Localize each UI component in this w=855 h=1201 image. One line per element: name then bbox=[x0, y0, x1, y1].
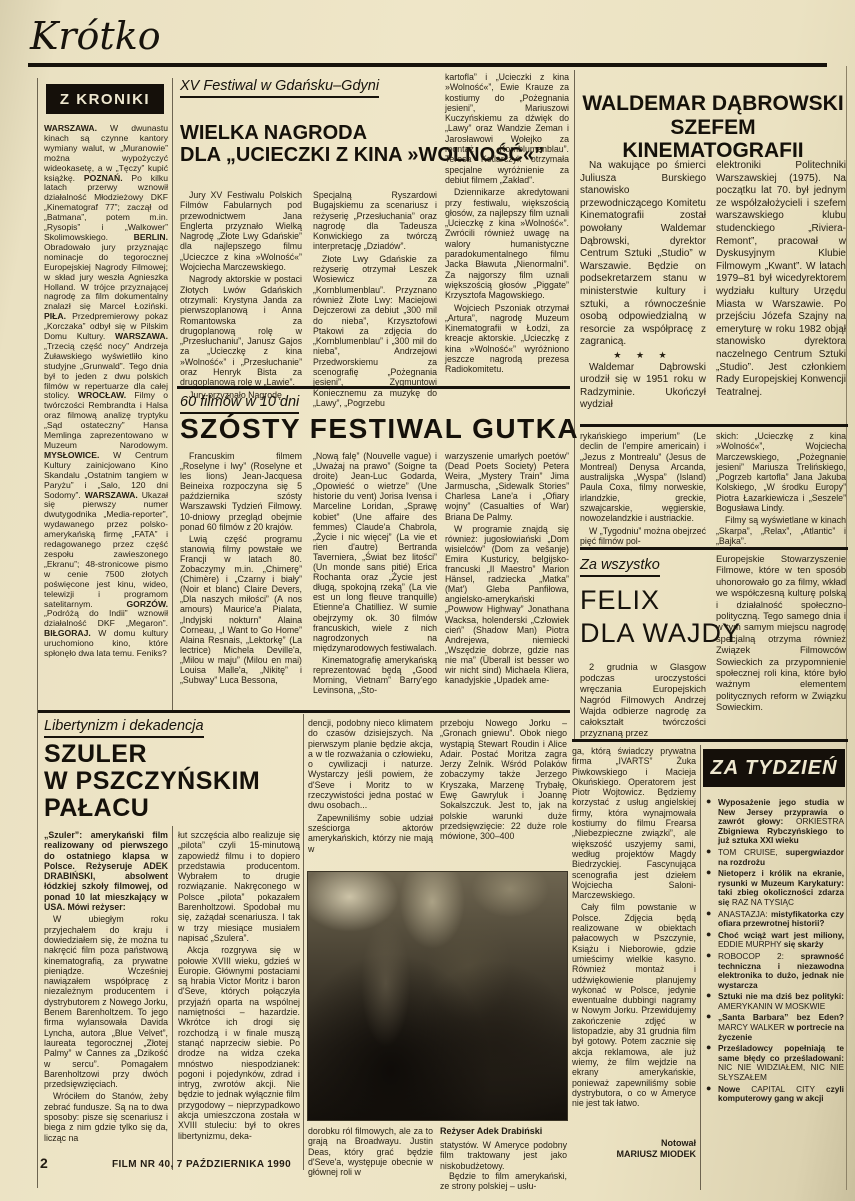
gutka-headline: SZÓSTY FESTIWAL GUTKA bbox=[180, 413, 579, 444]
column-rule bbox=[574, 70, 575, 739]
bullet-icon: ● bbox=[706, 951, 711, 961]
szuler-headline: SZULER W PSZCZYŃSKIM PAŁACU bbox=[44, 741, 260, 822]
paragraph: Dziennikarze akredytowani przy festiwalu… bbox=[445, 187, 569, 300]
paragraph: Waldemar Dąbrowski urodził się w 1951 ro… bbox=[580, 362, 706, 412]
footer-issue-line: FILM NR 40, 7 PAŹDZIERNIKA 1990 bbox=[112, 1159, 291, 1170]
paragraph: Na wakujące po śmierci Juliusza Burskieg… bbox=[580, 160, 706, 349]
list-item: ●Choć wciąż wart jest miliony, EDDIE MUR… bbox=[706, 931, 844, 950]
bullet-icon: ● bbox=[706, 909, 711, 919]
stars-separator: ★ ★ ★ bbox=[580, 349, 706, 362]
film-still-photo bbox=[308, 872, 567, 1120]
list-item-text: TOM CRUISE, supergwiazdor na rozdrożu bbox=[718, 847, 844, 867]
kronika-text: WARSZAWA. W dwunastu kinach są czynne ka… bbox=[44, 124, 168, 659]
column-rule bbox=[172, 826, 173, 1170]
paragraph: Wróciłem do Stanów, żeby zebrać fundusze… bbox=[44, 1091, 168, 1142]
list-item-text: ROBOCOP 2: sprawność techniczna i niezaw… bbox=[718, 951, 844, 990]
bullet-icon: ● bbox=[706, 991, 711, 1001]
festiwal-col1: Jury XV Festiwalu Polskich Filmów Fabula… bbox=[180, 190, 302, 400]
masthead-rule bbox=[28, 63, 827, 67]
column-rule bbox=[172, 78, 173, 710]
list-item-text: Wyposażenie jego studia w New Jersey prz… bbox=[718, 797, 844, 845]
paragraph: Francuskim filmem „Roselyne i lwy” (Rose… bbox=[180, 451, 302, 532]
page-edge-line bbox=[846, 66, 847, 1190]
bullet-icon: ● bbox=[706, 1012, 711, 1022]
column-rule bbox=[700, 745, 701, 1190]
list-item: ●„Santa Barbara” bez Eden? MARCY WALKER … bbox=[706, 1013, 844, 1042]
gutka-kicker: 60 filmów w 10 dni bbox=[180, 394, 299, 414]
szuler-col3: dencji, podobny nieco klimatem do czasów… bbox=[308, 718, 433, 854]
paragraph: W ubiegłym roku przyjechałem do kraju i … bbox=[44, 914, 168, 1089]
dabrowski-col2: elektroniki Politechniki Warszawskiej (1… bbox=[716, 160, 846, 399]
szuler-col4-below: statystów. W Ameryce podobny film trakto… bbox=[440, 1140, 567, 1191]
paragraph: elektroniki Politechniki Warszawskiej (1… bbox=[716, 160, 846, 399]
gutka-col3: warzyszenie umarłych poetów” (Dead Poets… bbox=[445, 451, 569, 685]
paragraph: łut szczęścia albo realizuje się „pilota… bbox=[178, 830, 300, 943]
szuler-kicker: Libertynizm i dekadencja bbox=[44, 718, 204, 738]
szuler-col4: przeboju Nowego Jorku – „Gronach gniewu”… bbox=[440, 718, 567, 842]
list-item: ●ROBOCOP 2: sprawność techniczna i nieza… bbox=[706, 952, 844, 990]
bullet-icon: ● bbox=[706, 1084, 711, 1094]
photo-caption: Reżyser Adek Drabiński bbox=[440, 1126, 567, 1136]
festiwal-kicker: XV Festiwal w Gdańsku–Gdyni bbox=[180, 78, 379, 98]
paragraph: W „Tygodniu” można obejrzeć pięć filmów … bbox=[580, 526, 706, 547]
list-item: ●Nietoperz i królik na ekranie, rysunki … bbox=[706, 869, 844, 907]
column-rule bbox=[303, 714, 304, 1170]
dabrowski-col1: Na wakujące po śmierci Juliusza Burskieg… bbox=[580, 160, 706, 412]
szuler-headline-line3: PAŁACU bbox=[44, 795, 260, 822]
section-rule bbox=[177, 386, 570, 389]
section-rule bbox=[580, 547, 848, 550]
bullet-icon: ● bbox=[706, 930, 711, 940]
dabrowski-headline-line2: SZEFEM KINEMATOGRAFII bbox=[578, 116, 848, 163]
felix-col1: 2 grudnia w Glasgow podczas uroczystości… bbox=[580, 662, 706, 739]
szuler-col3-below: dorobku ról filmowych, ale za to grają n… bbox=[308, 1126, 433, 1177]
paragraph: warzyszenie umarłych poetów” (Dead Poets… bbox=[445, 451, 569, 522]
magazine-page: Krótko Z KRONIKI WARSZAWA. W dwunastu ki… bbox=[0, 0, 855, 1201]
paragraph: 2 grudnia w Glasgow podczas uroczystości… bbox=[580, 662, 706, 739]
paragraph: Akcja rozgrywa się w połowie XVIII wieku… bbox=[178, 945, 300, 1141]
szuler-intro: „Szuler”: amerykański film realizowany o… bbox=[44, 830, 168, 912]
festiwal-col2: Specjalną Ryszardowi Bugajskiemu za scen… bbox=[313, 190, 437, 408]
gutka-col4: rykańskiego imperium” (Le declin de l'em… bbox=[580, 431, 706, 546]
szuler-headline-line2: W PSZCZYŃSKIM bbox=[44, 768, 260, 795]
list-item-text: Prześladowcy popełniają te same błędy co… bbox=[718, 1043, 844, 1082]
bullet-icon: ● bbox=[706, 797, 711, 807]
szuler-col2: łut szczęścia albo realizuje się „pilota… bbox=[178, 830, 300, 1141]
paragraph: Specjalną Ryszardowi Bugajskiemu za scen… bbox=[313, 190, 437, 252]
list-item-text: Sztuki nie ma dziś bez polityki: AMERYKA… bbox=[718, 991, 844, 1011]
paragraph: statystów. W Ameryce podobny film trakto… bbox=[440, 1140, 567, 1171]
szuler-col1: „Szuler”: amerykański film realizowany o… bbox=[44, 830, 168, 1143]
felix-col2: Europejskie Stowarzyszenie Filmowe, któr… bbox=[716, 554, 846, 714]
paragraph: dorobku ról filmowych, ale za to grają n… bbox=[308, 1126, 433, 1177]
paragraph: dencji, podobny nieco klimatem do czasów… bbox=[308, 718, 433, 811]
dabrowski-headline-line1: WALDEMAR DĄBROWSKI bbox=[578, 92, 848, 116]
list-item: ●Wyposażenie jego studia w New Jersey pr… bbox=[706, 798, 844, 846]
paragraph: skich: „Ucieczkę z kina »Wolność«”, Wojc… bbox=[716, 431, 846, 513]
list-item: ●TOM CRUISE, supergwiazdor na rozdrożu bbox=[706, 848, 844, 867]
list-item: ●ANASTAZJA: mistyfikatorka czy ofiara pr… bbox=[706, 910, 844, 929]
page-title: Krótko bbox=[30, 14, 161, 58]
felix-kicker: Za wszystko bbox=[580, 557, 660, 577]
list-item-text: „Santa Barbara” bez Eden? MARCY WALKER w… bbox=[718, 1012, 844, 1041]
paragraph: Kinematografię amerykańską reprezentować… bbox=[313, 655, 437, 695]
bullet-icon: ● bbox=[706, 847, 711, 857]
gutka-col2: „Nową falę” (Nouvelle vague) i „Uważaj n… bbox=[313, 451, 437, 695]
paragraph: Europejskie Stowarzyszenie Filmowe, któr… bbox=[716, 554, 846, 714]
paragraph: Filmy są wyświetlane w kinach „Skarpa”, … bbox=[716, 515, 846, 546]
list-item: ●Nowe CAPITAL CITY czyli komputerowy gan… bbox=[706, 1085, 844, 1104]
paragraph: ga, którą świadczy prywatna firma „IVART… bbox=[572, 746, 696, 900]
paragraph: rykańskiego imperium” (Le declin de l'em… bbox=[580, 431, 706, 524]
section-rule bbox=[572, 739, 848, 742]
za-tydzien-section-header: ZA TYDZIEŃ bbox=[703, 749, 845, 787]
paragraph: Lwią część programu stanowią filmy powst… bbox=[180, 534, 302, 685]
festiwal-col3: kartofla” i „Ucieczki z kina »Wolność«”,… bbox=[445, 72, 569, 375]
list-item: ●Sztuki nie ma dziś bez polityki: AMERYK… bbox=[706, 992, 844, 1011]
szuler-byline: Notował MARIUSZ MIODEK bbox=[572, 1138, 696, 1160]
section-rule bbox=[580, 424, 848, 427]
kronika-section-header: Z KRONIKI bbox=[46, 84, 164, 114]
list-item-text: Nietoperz i królik na ekranie, rysunki w… bbox=[718, 868, 844, 907]
byline-name: MARIUSZ MIODEK bbox=[572, 1149, 696, 1160]
bullet-icon: ● bbox=[706, 868, 711, 878]
list-item: ●Prześladowcy popełniają te same błędy c… bbox=[706, 1044, 844, 1082]
paragraph: Nagrody aktorskie w postaci Złotych Lwów… bbox=[180, 274, 302, 387]
paragraph: Jury XV Festiwalu Polskich Filmów Fabula… bbox=[180, 190, 302, 272]
paragraph: Będzie to film amerykański, ze strony po… bbox=[440, 1171, 567, 1192]
szuler-col5: ga, którą świadczy prywatna firma „IVART… bbox=[572, 746, 696, 1108]
paragraph: „Nową falę” (Nouvelle vague) i „Uważaj n… bbox=[313, 451, 437, 653]
byline-label: Notował bbox=[572, 1138, 696, 1149]
szuler-headline-line1: SZULER bbox=[44, 741, 260, 768]
paragraph: kartofla” i „Ucieczki z kina »Wolność«”,… bbox=[445, 72, 569, 185]
paragraph: Zapewniliśmy sobie udział sześciorga akt… bbox=[308, 813, 433, 854]
paragraph: przeboju Nowego Jorku – „Gronach gniewu”… bbox=[440, 718, 567, 842]
list-item-text: ANASTAZJA: mistyfikatorka czy ofiara prz… bbox=[718, 909, 844, 929]
za-tydzien-list: ●Wyposażenie jego studia w New Jersey pr… bbox=[706, 798, 844, 1106]
gutka-col1: Francuskim filmem „Roselyne i lwy” (Rose… bbox=[180, 451, 302, 685]
list-item-text: Choć wciąż wart jest miliony, EDDIE MURP… bbox=[718, 930, 844, 950]
page-number: 2 bbox=[40, 1155, 48, 1171]
section-rule bbox=[38, 710, 570, 713]
dabrowski-headline: WALDEMAR DĄBROWSKI SZEFEM KINEMATOGRAFII bbox=[578, 92, 848, 163]
paragraph: Cały film powstanie w Polsce. Zdjęcia bę… bbox=[572, 902, 696, 1108]
bullet-icon: ● bbox=[706, 1043, 711, 1053]
paragraph: W programie znajdą się również: jugosłow… bbox=[445, 524, 569, 686]
list-item-text: Nowe CAPITAL CITY czyli komputerowy gang… bbox=[718, 1084, 844, 1104]
column-rule bbox=[37, 78, 38, 1188]
gutka-col5: skich: „Ucieczkę z kina »Wolność«”, Wojc… bbox=[716, 431, 846, 546]
paragraph: Wojciech Pszoniak otrzymał „Artura”, nag… bbox=[445, 303, 569, 375]
